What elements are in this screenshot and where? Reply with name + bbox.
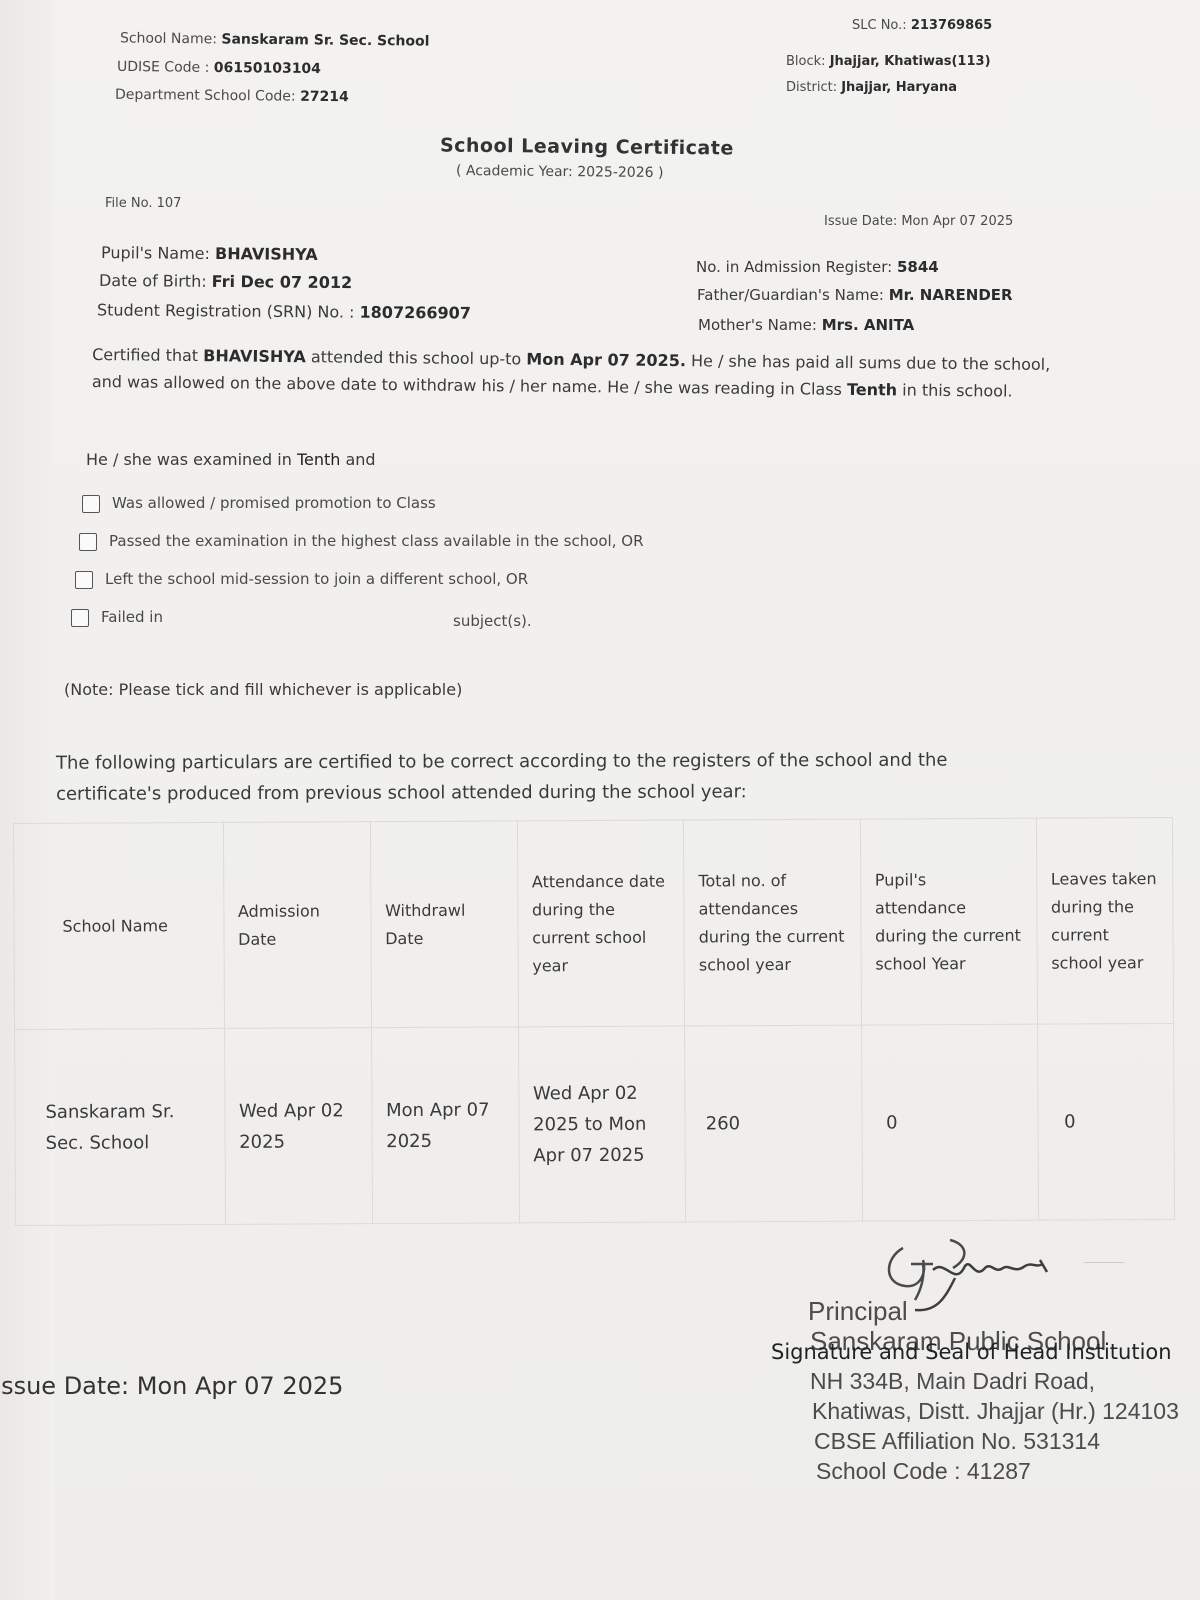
option-passed: Passed the examination in the highest cl…: [79, 532, 644, 551]
udise-label: UDISE Code :: [117, 59, 210, 76]
table-header-row: School Name Admission Date Withdrawl Dat…: [13, 817, 1173, 1029]
table-row: Sanskaram Sr. Sec. School Wed Apr 02 202…: [15, 1023, 1175, 1225]
page-edge: [0, 0, 55, 1600]
issue-date-footer-label: Issue Date:: [0, 1372, 129, 1400]
cert-text-2: attended this school up-to: [311, 347, 522, 368]
cell-attendance-date: Wed Apr 02 2025 to Mon Apr 07 2025: [518, 1026, 686, 1223]
header-pupil-attendance: Pupil's attendance during the current sc…: [860, 818, 1037, 1025]
header-attendance-date: Attendance date during the current schoo…: [517, 820, 685, 1027]
district-label: District:: [786, 80, 837, 95]
issue-date-footer-value: Mon Apr 07 2025: [137, 1372, 344, 1400]
district-line: District: Jhajjar, Haryana: [786, 80, 957, 95]
passed-checkbox[interactable]: [79, 533, 97, 551]
particulars-table: School Name Admission Date Withdrawl Dat…: [13, 817, 1175, 1226]
option-failed: Failed in: [71, 608, 163, 627]
cert-date: Mon Apr 07 2025.: [526, 350, 686, 371]
header-admission-date: Admission Date: [223, 822, 371, 1029]
academic-year: ( Academic Year: 2025-2026 ): [456, 163, 664, 181]
school-name-label: School Name:: [120, 30, 217, 47]
signature-seal-label: Signature and Seal of Head Institution: [771, 1340, 1172, 1364]
dept-code-line: Department School Code: 27214: [115, 87, 349, 105]
issue-date-top-label: Issue Date:: [824, 214, 897, 229]
slc-line: SLC No.: 213769865: [852, 18, 992, 33]
admission-no-label: No. in Admission Register:: [696, 258, 892, 276]
srn-label: Student Registration (SRN) No. :: [97, 300, 355, 321]
examined-prefix: He / she was examined in: [86, 450, 292, 469]
udise-code: 06150103104: [214, 60, 321, 77]
srn-number: 1807266907: [360, 303, 471, 323]
principal-label: Principal: [808, 1296, 908, 1326]
issue-date-top: Issue Date: Mon Apr 07 2025: [824, 214, 1013, 229]
cert-pupil-name: BHAVISHYA: [203, 346, 306, 366]
father-label: Father/Guardian's Name:: [697, 286, 884, 304]
school-name: Sanskaram Sr. Sec. School: [221, 31, 429, 49]
issue-date-top-value: Mon Apr 07 2025: [901, 214, 1013, 229]
cell-leaves-taken: 0: [1037, 1023, 1174, 1220]
header-total-attendances: Total no. of attendances during the curr…: [684, 819, 861, 1026]
mother-name: Mrs. ANITA: [822, 316, 915, 334]
option-promotion: Was allowed / promised promotion to Clas…: [82, 494, 436, 513]
certification-paragraph: Certified that BHAVISHYA attended this s…: [92, 341, 1053, 405]
dob: Fri Dec 07 2012: [212, 272, 353, 292]
dob-label: Date of Birth:: [99, 271, 207, 291]
file-number: File No. 107: [105, 196, 181, 211]
block-line: Block: Jhajjar, Khatiwas(113): [786, 54, 991, 69]
failed-suffix: subject(s).: [453, 612, 532, 630]
cell-admission-date: Wed Apr 02 2025: [224, 1028, 372, 1225]
cert-text-1: Certified that: [92, 345, 198, 365]
particulars-intro: The following particulars are certified …: [56, 744, 1056, 809]
udise-line: UDISE Code : 06150103104: [117, 59, 321, 77]
header-leaves-taken: Leaves taken during the current school y…: [1036, 817, 1173, 1024]
header-school-name: School Name: [13, 822, 224, 1029]
option-left-label: Left the school mid-session to join a di…: [105, 570, 528, 588]
pupil-name-label: Pupil's Name:: [101, 243, 210, 263]
failed-checkbox[interactable]: [71, 609, 89, 627]
promotion-checkbox[interactable]: [82, 495, 100, 513]
admission-no: 5844: [897, 258, 939, 276]
school-name-line: School Name: Sanskaram Sr. Sec. School: [120, 30, 430, 49]
cell-total-attendances: 260: [685, 1025, 862, 1222]
father-name: Mr. NARENDER: [889, 286, 1013, 304]
dept-code: 27214: [300, 89, 349, 106]
cert-text-4: in this school.: [902, 380, 1013, 400]
option-failed-label: Failed in: [101, 608, 163, 626]
examined-class: Tenth: [297, 450, 340, 469]
cell-school-name: Sanskaram Sr. Sec. School: [15, 1028, 226, 1225]
dob-line: Date of Birth: Fri Dec 07 2012: [99, 271, 352, 292]
signature-line: [1084, 1262, 1124, 1263]
cert-class: Tenth: [847, 380, 897, 400]
pupil-name: BHAVISHYA: [215, 244, 318, 264]
block: Jhajjar, Khatiwas(113): [830, 54, 991, 69]
father-line: Father/Guardian's Name: Mr. NARENDER: [697, 286, 1013, 304]
certificate-title: School Leaving Certificate: [440, 134, 734, 159]
examined-line: He / she was examined in Tenth and: [86, 450, 376, 469]
pupil-name-line: Pupil's Name: BHAVISHYA: [101, 243, 318, 264]
slc-number: 213769865: [911, 18, 992, 33]
cell-withdrawl-date: Mon Apr 07 2025: [371, 1027, 519, 1224]
district: Jhajjar, Haryana: [841, 80, 957, 95]
dept-code-label: Department School Code:: [115, 87, 296, 105]
option-passed-label: Passed the examination in the highest cl…: [109, 532, 644, 550]
stamp-affiliation: CBSE Affiliation No. 531314: [814, 1426, 1100, 1456]
mother-label: Mother's Name:: [698, 316, 817, 334]
examined-suffix: and: [345, 450, 375, 469]
stamp-school-code: School Code : 41287: [816, 1456, 1031, 1486]
srn-line: Student Registration (SRN) No. : 1807266…: [97, 300, 471, 322]
issue-date-footer: Issue Date: Mon Apr 07 2025: [0, 1372, 343, 1400]
mother-line: Mother's Name: Mrs. ANITA: [698, 316, 914, 334]
note: (Note: Please tick and fill whichever is…: [64, 680, 462, 699]
stamp-city: Khatiwas, Distt. Jhajjar (Hr.) 124103: [812, 1396, 1179, 1426]
block-label: Block:: [786, 54, 826, 69]
option-promotion-label: Was allowed / promised promotion to Clas…: [112, 494, 436, 512]
cell-pupil-attendance: 0: [861, 1024, 1038, 1221]
slc-label: SLC No.:: [852, 18, 907, 33]
header-withdrawl-date: Withdrawl Date: [370, 821, 518, 1028]
left-checkbox[interactable]: [75, 571, 93, 589]
stamp-address: NH 334B, Main Dadri Road,: [810, 1366, 1095, 1396]
admission-no-line: No. in Admission Register: 5844: [696, 258, 939, 276]
option-left: Left the school mid-session to join a di…: [75, 570, 528, 589]
